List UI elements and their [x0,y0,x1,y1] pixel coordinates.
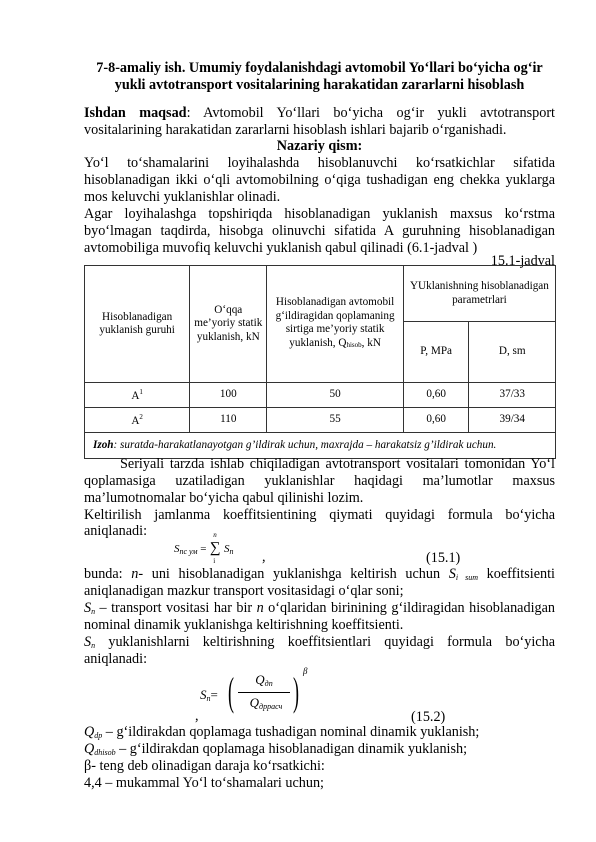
definition-value-4-4: 4,4 – mukammal Yo‘l to‘shamalari uchun; [84,775,555,792]
section-heading: Nazariy qism: [84,138,555,155]
cell-wheel-load: 50 [267,383,404,408]
cell-p: 0,60 [403,383,469,408]
header-wheel-load: Hisoblanadigan avtomobil g‘ildiragidan q… [267,266,404,383]
title-line-1: 7-8-amaliy ish. Umumiy foydalanishdagi a… [84,60,555,77]
header-params: YUklanishning hisoblanadigan parametrlar… [403,266,555,322]
para1-line: hisoblanadigan ikki o‘qli avtomobilning … [84,172,555,189]
load-parameters-table: Hisoblanadigan yuklanish guruhi O‘qqa me… [84,265,556,459]
para1-line: mos keluvchi yuklanishlar olinadi. [84,189,555,206]
formula-15-2: Sn= ( Qдп Qдррасч ) β [200,668,320,720]
cell-p: 0,60 [403,408,469,433]
para4-line: Keltirilish jamlanma koeffitsientining q… [84,507,555,524]
title-line-2: yukli avtotransport vositalarining harak… [84,77,555,94]
cell-d: 39/34 [469,408,556,433]
equation-number-15-1: (15.1) [426,550,460,567]
document-title: 7-8-amaliy ish. Umumiy foydalanishdagi a… [84,60,555,94]
cell-axle-load: 110 [190,408,267,433]
definition-beta: β- teng deb olinadigan daraja ko‘rsatkic… [84,758,555,775]
cell-group: A1 [85,383,190,408]
cell-group: A2 [85,408,190,433]
para5-line-6: aniqlanadi: [84,651,555,668]
goal-label: Ishdan maqsad [84,105,187,121]
para5-line-2: aniqlanadigan mazkur transport vositasid… [84,583,555,600]
table-row: A2 110 55 0,60 39/34 [85,408,556,433]
header-axle-load: O‘qqa me’yoriy statik yuklanish, kN [190,266,267,383]
goal-line-2: vositalarining harakatidan zararlarni hi… [84,122,555,139]
para2-line: byo‘lmagan taqdirda, hisobga olinuvchi s… [84,223,555,240]
goal-line-1: Ishdan maqsad: Avtomobil Yo‘llari bo‘yic… [84,105,555,122]
formula-15-1: Sпс ум = ∑ni Sn [174,540,233,557]
para5-line-4: nominal dinamik yuklanishga keltirishnin… [84,617,555,634]
table-row: A1 100 50 0,60 37/33 [85,383,556,408]
table-note: Izoh: suratda-harakatlanayotgan g’ildira… [85,433,556,459]
para3-line: Seriyali tarzda ishlab chiqiladigan avto… [84,456,555,473]
para2-line: Agar loyihalashga topshiriqda hisoblanad… [84,206,555,223]
para1-line: Yo‘l to‘shamalarini loyihalashda hisobla… [84,155,555,172]
para3-line: qoplamasiga uzatiladigan yuklanishlar ha… [84,473,555,490]
cell-wheel-load: 55 [267,408,404,433]
para4-line: aniqlanadi: [84,523,555,540]
cell-d: 37/33 [469,383,556,408]
cell-axle-load: 100 [190,383,267,408]
para3-line: ma’lumotnomalar bo‘yicha qabul qilinishi… [84,490,555,507]
header-d: D, sm [469,322,556,383]
header-group: Hisoblanadigan yuklanish guruhi [85,266,190,383]
header-p: P, MPa [403,322,469,383]
